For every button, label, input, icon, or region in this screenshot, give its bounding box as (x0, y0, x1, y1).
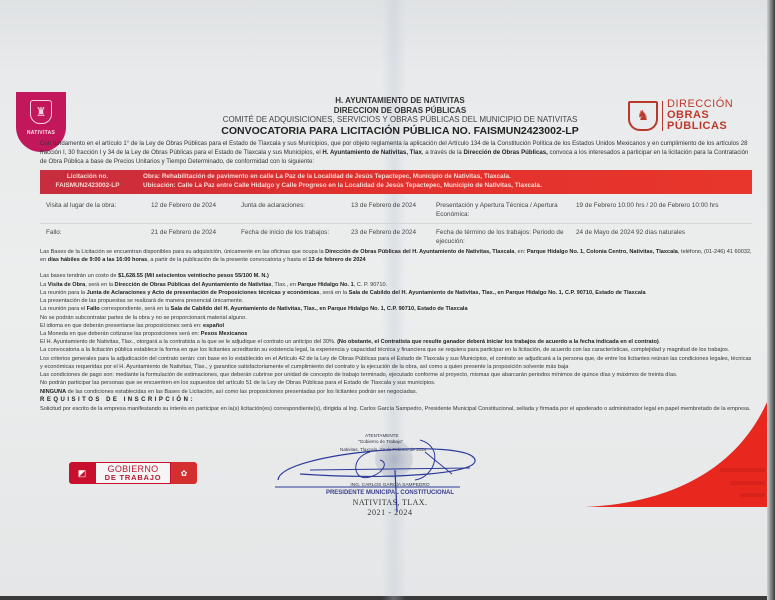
moneda-paragraph: La Moneda en que deberán cotizarse las p… (40, 330, 755, 338)
logo-label: NATIVITAS (27, 130, 55, 136)
page-title: CONVOCATORIA PARA LICITACIÓN PÚBLICA NO.… (180, 125, 620, 138)
logo-text-publicas: PÚBLICAS (667, 121, 733, 132)
licitacion-number: Licitación no. FAISMUN2423002-LP (40, 173, 135, 190)
administration-years: 2021 - 2024 (270, 508, 510, 517)
header-comite: COMITÉ DE ADQUISICIONES, SERVICIOS Y OBR… (180, 115, 620, 125)
presencial-paragraph: La presentación de las propuestas se rea… (40, 297, 755, 305)
obra-description: Obra: Rehabilitación de pavimento en cal… (135, 173, 752, 190)
anticipo-paragraph: El H. Ayuntamiento de Nativitas, Tlax., … (40, 338, 755, 346)
de-trabajo-text: DE TRABAJO (105, 474, 162, 482)
intro-paragraph: Con fundamento en el artículo 1° de la L… (40, 139, 750, 166)
no-participar-paragraph: No podrán participar las personas que se… (40, 379, 755, 387)
emblem-icon: ✿ (171, 462, 197, 484)
table-row: Fallo: 21 de Febrero de 2024 Fecha de in… (40, 223, 752, 250)
fallo-paragraph: La reunión para el Fallo correspondiente… (40, 305, 755, 313)
table-row: Visita al lugar de la obra: 12 de Febrer… (40, 197, 752, 223)
obras-publicas-logo: ♞ DIRECCIÓN OBRAS PÚBLICAS (628, 99, 733, 132)
pago-paragraph: Las condiciones de pago son: mediante la… (40, 371, 755, 379)
obra-name: Obra: Rehabilitación de pavimento en cal… (143, 173, 752, 182)
municipal-shield-icon: ♜ (30, 100, 52, 124)
obra-location: Ubicación: Calle La Paz entre Calle Hida… (143, 182, 752, 191)
dates-table: Visita al lugar de la obra: 12 de Febrer… (40, 197, 752, 251)
header-direccion: DIRECCION DE OBRAS PÚBLICAS (180, 106, 620, 116)
signature-block: ATENTAMENTE "Gobierno de Trabajo" Nativi… (270, 432, 510, 552)
costo-paragraph: Las bases tendrán un costo de $1,628.55 … (40, 272, 755, 280)
signer-name: ING. CARLOS GARCÍA SAMPEDRO (270, 483, 510, 488)
criterios-paragraph: Los criterios generales para la adjudica… (40, 355, 755, 371)
signer-title: PRESIDENTE MUNICIPAL CONSTITUCIONAL (270, 490, 510, 496)
obras-publicas-shield-icon: ♞ (628, 101, 658, 131)
document-page: ♜ NATIVITAS H. AYUNTAMIENTO DE NATIVITAS… (0, 0, 775, 600)
subcontratar-paragraph: No se podrán subcontratar partes de la o… (40, 314, 755, 322)
logo-divider (662, 101, 663, 131)
decorative-red-corner (580, 395, 775, 510)
gobierno-de-trabajo-logo: ◩ GOBIERNO DE TRABAJO ✿ (69, 462, 197, 484)
conditions-text: Las Bases de la Licitación se encuentran… (40, 248, 755, 413)
idioma-paragraph: El idioma en que deberán presentarse las… (40, 322, 755, 330)
signer-municipality: NATIVITAS, TLAX. (270, 498, 510, 507)
document-header: H. AYUNTAMIENTO DE NATIVITAS DIRECCION D… (180, 96, 620, 137)
convocatoria-paragraph: La convocatoria a la licitación pública … (40, 346, 755, 354)
bases-paragraph: Las Bases de la Licitación se encuentran… (40, 248, 755, 264)
visita-paragraph: La Visita de Obra, será en la Dirección … (40, 281, 755, 289)
licitacion-banner: Licitación no. FAISMUN2423002-LP Obra: R… (40, 170, 752, 194)
header-ayuntamiento: H. AYUNTAMIENTO DE NATIVITAS (180, 96, 620, 106)
tlaxcala-map-icon: ◩ (69, 462, 95, 484)
junta-paragraph: La reunión para la Junta de Aclaraciones… (40, 289, 755, 297)
